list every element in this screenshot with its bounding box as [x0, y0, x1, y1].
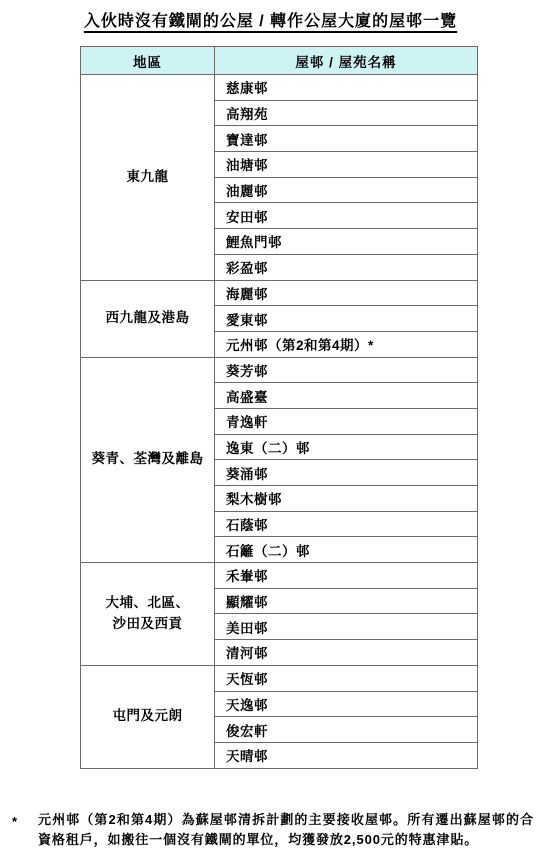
footnote-marker: *: [12, 812, 18, 832]
estate-name-cell: 天逸邨: [215, 691, 478, 717]
table-row: 葵青、荃灣及離島葵芳邨: [81, 357, 478, 383]
estate-name-cell: 慈康邨: [215, 75, 478, 101]
region-cell: 西九龍及港島: [81, 280, 215, 357]
estate-name-cell: 葵涌邨: [215, 460, 478, 486]
estate-name-cell: 逸東（二）邨: [215, 434, 478, 460]
estate-name-cell: 愛東邨: [215, 306, 478, 332]
estate-name-cell: 天晴邨: [215, 742, 478, 768]
estate-name-cell: 石蔭邨: [215, 511, 478, 537]
estate-name-cell: 清河邨: [215, 640, 478, 666]
estate-name-cell: 油塘邨: [215, 152, 478, 178]
column-header-estate-name: 屋邨 / 屋苑名稱: [215, 47, 478, 75]
estate-name-cell: 海麗邨: [215, 280, 478, 306]
estate-name-cell: 梨木樹邨: [215, 486, 478, 512]
table-row: 大埔、北區、 沙田及西貢禾輋邨: [81, 563, 478, 589]
estate-name-cell: 青逸軒: [215, 408, 478, 434]
document-page: 入伙時沒有鐵閘的公屋 / 轉作公屋大廈的屋邨一覽 地區 屋邨 / 屋苑名稱 東九…: [0, 0, 541, 851]
table-row: 東九龍慈康邨: [81, 75, 478, 101]
estate-name-cell: 禾輋邨: [215, 563, 478, 589]
page-title-text: 入伙時沒有鐵閘的公屋 / 轉作公屋大廈的屋邨一覽: [84, 13, 457, 30]
footnote: * 元州邨（第2和第4期）為蘇屋邨清拆計劃的主要接收屋邨。所有遷出蘇屋邨的合資格…: [10, 810, 534, 850]
table-row: 屯門及元朗天恆邨: [81, 665, 478, 691]
region-cell: 東九龍: [81, 75, 215, 281]
estate-name-cell: 天恆邨: [215, 665, 478, 691]
estate-name-cell: 石籬（二）邨: [215, 537, 478, 563]
estate-name-cell: 俊宏軒: [215, 717, 478, 743]
table-row: 西九龍及港島海麗邨: [81, 280, 478, 306]
estate-name-cell: 顯耀邨: [215, 588, 478, 614]
estate-name-cell: 油麗邨: [215, 177, 478, 203]
estate-name-cell: 美田邨: [215, 614, 478, 640]
page-title: 入伙時沒有鐵閘的公屋 / 轉作公屋大廈的屋邨一覽: [0, 8, 541, 31]
estate-name-cell: 安田邨: [215, 203, 478, 229]
table-header-row: 地區 屋邨 / 屋苑名稱: [81, 47, 478, 75]
region-cell: 大埔、北區、 沙田及西貢: [81, 563, 215, 666]
region-cell: 葵青、荃灣及離島: [81, 357, 215, 563]
estate-name-cell: 高翔苑: [215, 100, 478, 126]
estate-name-cell: 鯉魚門邨: [215, 229, 478, 255]
region-cell: 屯門及元朗: [81, 665, 215, 768]
estate-name-cell: 元州邨（第2和第4期）*: [215, 331, 478, 357]
estate-name-cell: 葵芳邨: [215, 357, 478, 383]
footnote-text: 元州邨（第2和第4期）為蘇屋邨清拆計劃的主要接收屋邨。所有遷出蘇屋邨的合資格租戶…: [38, 810, 534, 850]
estate-name-cell: 高盛臺: [215, 383, 478, 409]
estate-table-body: 東九龍慈康邨高翔苑寶達邨油塘邨油麗邨安田邨鯉魚門邨彩盈邨西九龍及港島海麗邨愛東邨…: [81, 75, 478, 769]
estate-name-cell: 寶達邨: [215, 126, 478, 152]
estate-name-cell: 彩盈邨: [215, 254, 478, 280]
estate-table: 地區 屋邨 / 屋苑名稱 東九龍慈康邨高翔苑寶達邨油塘邨油麗邨安田邨鯉魚門邨彩盈…: [80, 46, 478, 769]
column-header-region: 地區: [81, 47, 215, 75]
